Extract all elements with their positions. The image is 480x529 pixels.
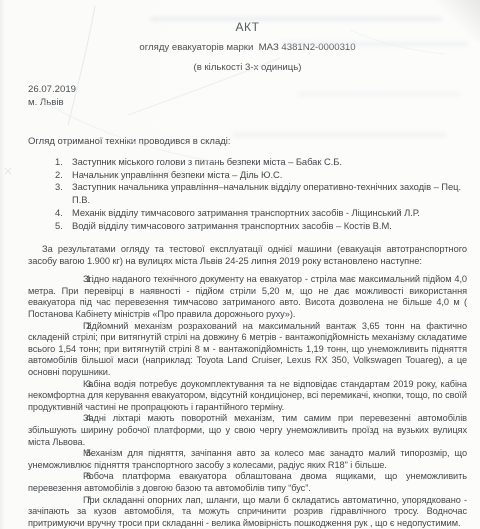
finding-number: 7. <box>57 495 83 507</box>
finding-text: Підйомний механізм розрахований на макси… <box>28 321 467 377</box>
finding-item: 6.Робоча платформа евакуатора облаштован… <box>28 471 467 494</box>
finding-number: 4. <box>57 413 83 425</box>
finding-item: 5.Механізм для підняття, зачіпання авто … <box>28 448 467 471</box>
finding-item: 2.Підйомний механізм розрахований на мак… <box>28 321 467 379</box>
member-number: 5. <box>55 220 72 233</box>
finding-item: 4.Задні ліхтарі мають поворотній механіз… <box>28 413 467 448</box>
finding-text: Механізм для підняття, зачіпання авто за… <box>28 448 467 470</box>
finding-item: 7.При складанні опорних лап, шланги, що … <box>28 495 467 529</box>
findings-list: 1.Згідно наданого технічного документу н… <box>28 274 467 529</box>
finding-number: 2. <box>57 321 83 333</box>
finding-text: При складанні опорних лап, шланги, що ма… <box>28 495 467 528</box>
member-text: Начальник управління безпеки міста – Діл… <box>72 169 282 182</box>
member-number: 4. <box>55 207 72 220</box>
member-number: 2. <box>55 169 72 182</box>
doc-subtitle: огляду евакуаторів марки МАЗ 4381N2-0000… <box>28 42 467 53</box>
finding-text: Робоча платформа евакуатора облаштована … <box>28 471 467 493</box>
member-number: 1. <box>55 156 72 169</box>
finding-item: 3.Кабіна водія потребує доукомплектуванн… <box>28 379 467 414</box>
finding-text: Кабіна водія потребує доукомплектування … <box>28 379 467 412</box>
committee-member: 2. Начальник управління безпеки міста – … <box>28 169 467 182</box>
finding-number: 1. <box>57 274 83 286</box>
committee-list: 1. Заступник міського голови з питань бе… <box>28 156 467 232</box>
doc-title: АКТ <box>28 20 467 34</box>
committee-member: 1. Заступник міського голови з питань бе… <box>28 156 467 169</box>
committee-member: 4. Механік відділу тимчасового затриманн… <box>28 207 467 220</box>
results-lead: За результатами огляду та тестової експл… <box>28 243 467 267</box>
member-text: Водій відділу тимчасового затримання тра… <box>72 220 392 233</box>
member-number: 3. <box>55 181 72 206</box>
finding-text: Задні ліхтарі мають поворотній механізм,… <box>28 413 467 446</box>
doc-meta: 26.07.2019 м. Львів <box>28 83 467 109</box>
committee-member: 5. Водій відділу тимчасового затримання … <box>28 220 467 233</box>
finding-item: 1.Згідно наданого технічного документу н… <box>28 274 467 320</box>
member-text: Механік відділу тимчасового затримання т… <box>72 207 420 220</box>
member-text: Заступник начальника управління–начальни… <box>72 181 467 206</box>
finding-number: 3. <box>57 379 83 391</box>
committee-member: 3. Заступник начальника управління–начал… <box>28 181 467 206</box>
scanned-act-document: АКТ огляду евакуаторів марки МАЗ 4381N2-… <box>0 0 480 529</box>
doc-quantity-note: (в кількості 3-х одиниць) <box>28 62 467 73</box>
finding-text: Згідно наданого технічного документу на … <box>28 274 467 319</box>
committee-intro: Огляд отриманої техніки проводився в скл… <box>28 136 467 147</box>
finding-number: 6. <box>57 471 83 483</box>
finding-number: 5. <box>57 448 83 460</box>
doc-date: 26.07.2019 <box>28 83 467 96</box>
doc-city: м. Львів <box>28 96 467 109</box>
member-text: Заступник міського голови з питань безпе… <box>72 156 342 169</box>
